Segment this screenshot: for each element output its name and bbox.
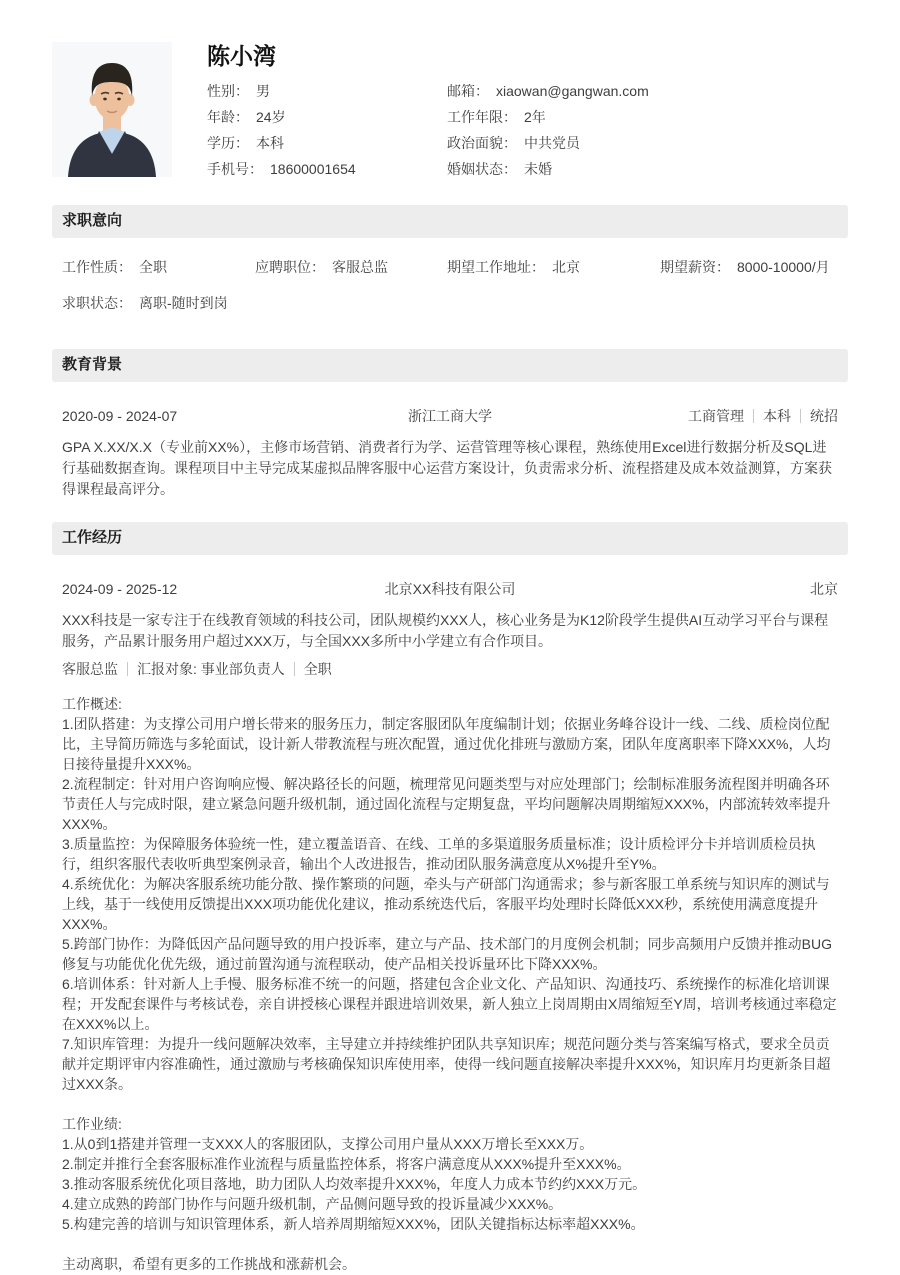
- info-degree-label: 学历：: [207, 135, 249, 151]
- info-email-label: 邮箱：: [447, 83, 489, 99]
- intent-job-nature-value: 全职: [139, 259, 167, 275]
- info-political-status-label: 政治面貌：: [447, 135, 517, 151]
- work-description: 工作概述: 1.团队搭建：为支撑公司用户增长带来的服务压力，制定客服团队年度编制…: [62, 694, 838, 1274]
- education-major: 工商管理: [688, 408, 744, 424]
- work-row: 2024-09 - 2025-12 北京XX科技有限公司 北京: [62, 581, 838, 597]
- resume-header: 陈小湾 性别：男 年龄：24岁 学历：本科 手机号：18600001654 邮箱…: [0, 0, 900, 177]
- section-title-education: 教育背景: [52, 349, 848, 382]
- divider: [294, 662, 295, 676]
- work-job-type: 全职: [304, 661, 332, 677]
- info-email-value: xiaowan@gangwan.com: [496, 83, 649, 99]
- info-marital-status: 婚姻状态：未婚: [447, 162, 838, 177]
- intent-status-label: 求职状态：: [62, 295, 132, 311]
- info-gender: 性别：男: [207, 84, 447, 99]
- header-info: 陈小湾 性别：男 年龄：24岁 学历：本科 手机号：18600001654 邮箱…: [207, 42, 838, 177]
- intent-status: 求职状态：离职-随时到岗: [62, 296, 838, 311]
- intent-salary: 期望薪资：8000-10000/月: [660, 260, 838, 275]
- section-title-work-experience: 工作经历: [52, 522, 848, 555]
- work-location: 北京: [603, 581, 838, 597]
- avatar-eye-left: [103, 98, 107, 101]
- info-gender-value: 男: [256, 83, 270, 99]
- intent-position-value: 客服总监: [332, 259, 388, 275]
- education-detail: GPA X.XX/X.X（专业前XX%），主修市场营销、消费者行为学、运营管理等…: [62, 437, 838, 500]
- personal-info-grid: 性别：男 年龄：24岁 学历：本科 手机号：18600001654 邮箱：xia…: [207, 84, 838, 177]
- info-phone: 手机号：18600001654: [207, 162, 447, 177]
- info-experience-years-label: 工作年限：: [447, 109, 517, 125]
- profile-photo: [52, 42, 172, 177]
- intent-job-nature-label: 工作性质：: [62, 259, 132, 275]
- info-degree: 学历：本科: [207, 136, 447, 151]
- education-row: 2020-09 - 2024-07 浙江工商大学 工商管理 本科 统招: [62, 408, 838, 424]
- divider: [127, 662, 128, 676]
- info-age-value: 24岁: [256, 109, 286, 125]
- education-enroll-type: 统招: [810, 408, 838, 424]
- info-experience-years-value: 2年: [524, 109, 546, 125]
- education-meta: 工商管理 本科 统招: [603, 408, 838, 424]
- info-phone-label: 手机号：: [207, 161, 263, 177]
- info-political-status-value: 中共党员: [524, 135, 580, 151]
- section-work-experience: 工作经历 2024-09 - 2025-12 北京XX科技有限公司 北京 XXX…: [0, 522, 900, 1274]
- company-intro: XXX科技是一家专注于在线教育领域的科技公司，团队规模约XXX人，核心业务是为K…: [62, 610, 838, 652]
- info-marital-status-value: 未婚: [524, 161, 552, 177]
- work-report-to: 汇报对象: 事业部负责人: [137, 661, 285, 677]
- intent-location-value: 北京: [552, 259, 580, 275]
- intent-location: 期望工作地址：北京: [447, 260, 660, 275]
- education-degree: 本科: [763, 408, 791, 424]
- info-age: 年龄：24岁: [207, 110, 447, 125]
- job-intent-row: 工作性质：全职 应聘职位：客服总监 期望工作地址：北京 期望薪资：8000-10…: [62, 260, 838, 275]
- section-title-job-intent: 求职意向: [52, 205, 848, 238]
- info-degree-value: 本科: [256, 135, 284, 151]
- intent-salary-label: 期望薪资：: [660, 259, 730, 275]
- profile-photo-illustration: [52, 42, 172, 177]
- section-job-intent: 求职意向 工作性质：全职 应聘职位：客服总监 期望工作地址：北京 期望薪资：80…: [0, 205, 900, 311]
- education-period: 2020-09 - 2024-07: [62, 408, 297, 424]
- work-role-line: 客服总监 汇报对象: 事业部负责人 全职: [62, 661, 838, 677]
- candidate-name: 陈小湾: [207, 43, 838, 69]
- work-period: 2024-09 - 2025-12: [62, 581, 297, 597]
- info-marital-status-label: 婚姻状态：: [447, 161, 517, 177]
- intent-position-label: 应聘职位：: [255, 259, 325, 275]
- info-political-status: 政治面貌：中共党员: [447, 136, 838, 151]
- intent-job-nature: 工作性质：全职: [62, 260, 255, 275]
- resume-page: 陈小湾 性别：男 年龄：24岁 学历：本科 手机号：18600001654 邮箱…: [0, 0, 900, 1275]
- info-age-label: 年龄：: [207, 109, 249, 125]
- education-school: 浙江工商大学: [297, 408, 603, 424]
- intent-salary-value: 8000-10000/月: [737, 259, 830, 275]
- section-education: 教育背景 2020-09 - 2024-07 浙江工商大学 工商管理 本科 统招…: [0, 349, 900, 500]
- work-role: 客服总监: [62, 661, 118, 677]
- avatar-eye-right: [117, 98, 121, 101]
- work-company: 北京XX科技有限公司: [297, 581, 603, 597]
- intent-status-value: 离职-随时到岗: [139, 295, 228, 311]
- info-gender-label: 性别：: [207, 83, 249, 99]
- info-email: 邮箱：xiaowan@gangwan.com: [447, 84, 838, 99]
- divider: [800, 409, 801, 423]
- info-experience-years: 工作年限：2年: [447, 110, 838, 125]
- divider: [753, 409, 754, 423]
- intent-location-label: 期望工作地址：: [447, 259, 545, 275]
- info-phone-value: 18600001654: [270, 161, 356, 177]
- intent-position: 应聘职位：客服总监: [255, 260, 447, 275]
